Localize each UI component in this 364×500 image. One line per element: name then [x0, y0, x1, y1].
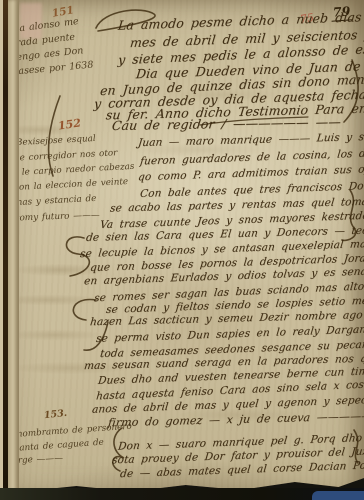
- margin-note-line: puanta de caguea de: [8, 438, 104, 455]
- blue-cover-corner: [312, 491, 364, 500]
- margin-note-line: mas y estancia de: [14, 194, 97, 208]
- margin-note-line: y le carpio raedor cabezas: [13, 162, 135, 178]
- margin-note-line: con la eleccion de veinte: [14, 177, 129, 193]
- book-cover-bottom: [0, 488, 364, 500]
- margin-entry-number: 153.: [43, 408, 67, 421]
- margin-note-line: de corregidor nos otor: [14, 148, 118, 163]
- manuscript-line: Juan — maro manrique ——— Luis y se: [137, 131, 364, 149]
- manuscript-page: 75 79 151 La alonso me trada puente veng…: [0, 0, 364, 500]
- margin-note-line: Bexisejose esqual: [16, 134, 96, 148]
- manuscript-photo: 75 79 151 La alonso me trada puente veng…: [0, 0, 364, 500]
- margin-entry-number: 152: [57, 116, 82, 132]
- manuscript-line: Cau de regidor / —————— ——: [111, 114, 342, 133]
- page-gutter-crease: [8, 0, 19, 491]
- margin-note-line: somy futuro ———: [15, 211, 100, 224]
